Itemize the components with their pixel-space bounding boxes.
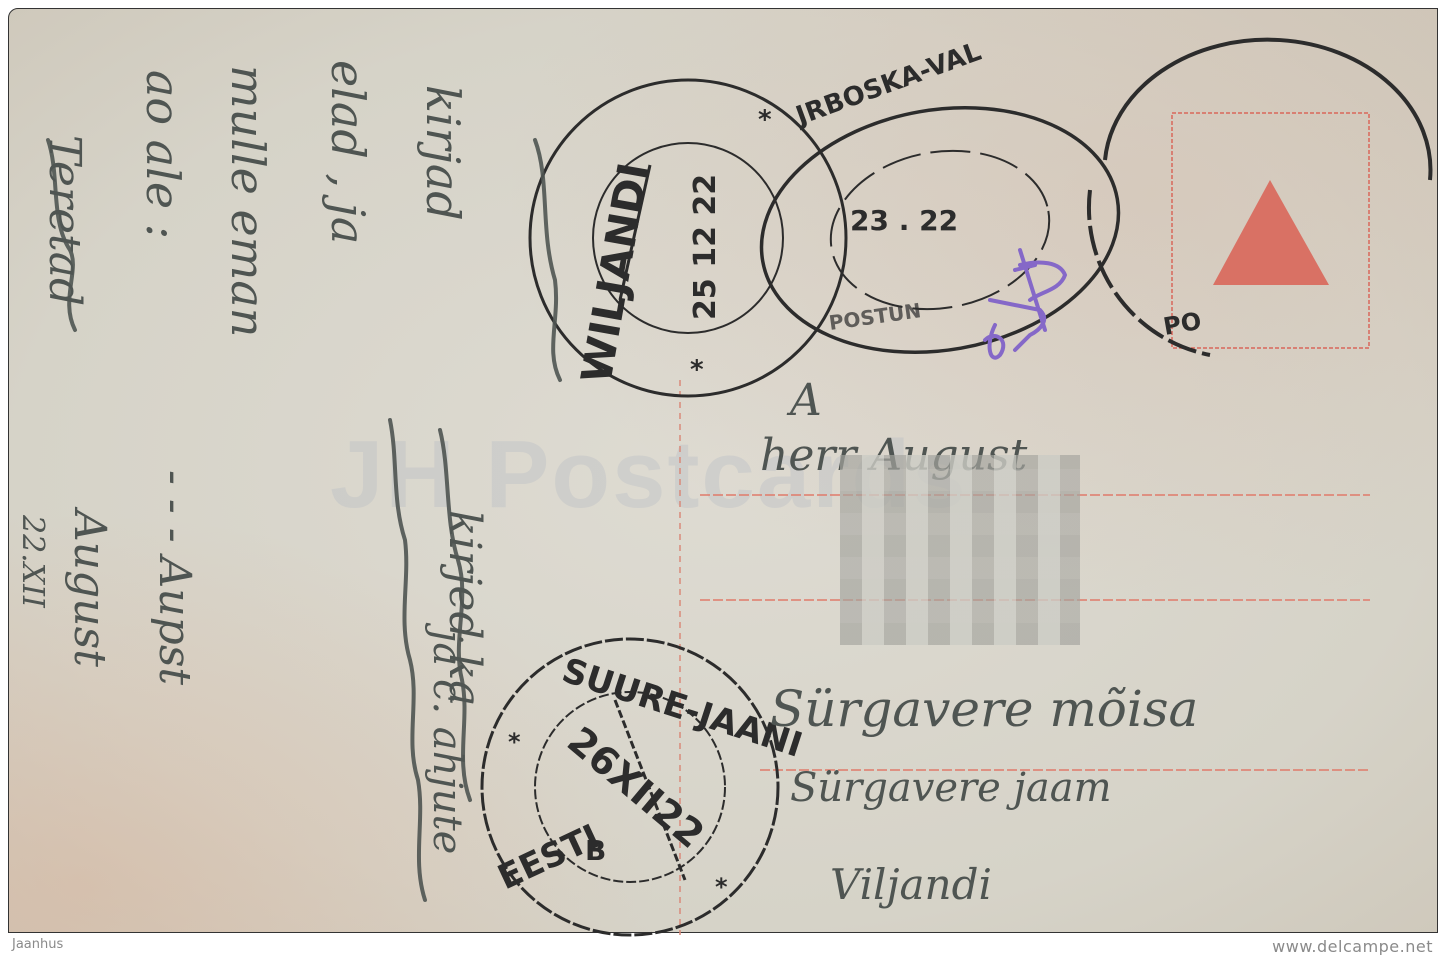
postmark-irboska: JRBOSKA-VAL 23 . 22 POSTUN (742, 37, 1138, 380)
footer-site: www.delcampe.net (1272, 937, 1433, 955)
svg-text:23 . 22: 23 . 22 (850, 204, 958, 237)
svg-text:PO: PO (1161, 307, 1203, 341)
svg-text:*: * (508, 728, 521, 756)
svg-text:WILJANDI: WILJANDI (572, 159, 659, 387)
svg-text:EESTI: EESTI (492, 817, 606, 898)
postmark-suure-jaani: SUURE-JAANI 26XII22 B EESTI * * (482, 639, 807, 935)
message-line: ao ale : (136, 70, 190, 239)
address-line: Sürgavere mõisa (770, 680, 1198, 738)
svg-text:POSTUN: POSTUN (827, 298, 922, 335)
svg-text:25 12 22: 25 12 22 (688, 174, 723, 320)
message-line: elad , ja (321, 60, 375, 244)
postcard-artwork: PO JRBOSKA-VAL 23 . 22 POSTUN WILJANDI 2… (0, 0, 1445, 955)
svg-text:*: * (758, 105, 772, 135)
message-line: 22.XII (15, 515, 50, 608)
redacted-region (840, 455, 1080, 645)
address-line: Sürgavere jaam (790, 765, 1112, 811)
svg-text:*: * (690, 355, 704, 385)
svg-text:*: * (715, 873, 728, 901)
message-line: kirjad (416, 85, 470, 221)
message-line: - - - Aupst (149, 470, 200, 685)
message-signature: August (64, 510, 115, 667)
message-line: ja c. ahjute (424, 630, 470, 854)
message-line: mulle eman (221, 65, 275, 337)
footer-source: Jaanhus (12, 937, 63, 952)
address-line: A (790, 375, 822, 426)
pencil-mark (985, 250, 1065, 358)
postmark-wiljandi: WILJANDI 25 12 22 * * (530, 80, 846, 396)
address-line: Viljandi (830, 860, 992, 909)
message-line: Teretad (39, 135, 90, 306)
stamp (1172, 113, 1369, 348)
